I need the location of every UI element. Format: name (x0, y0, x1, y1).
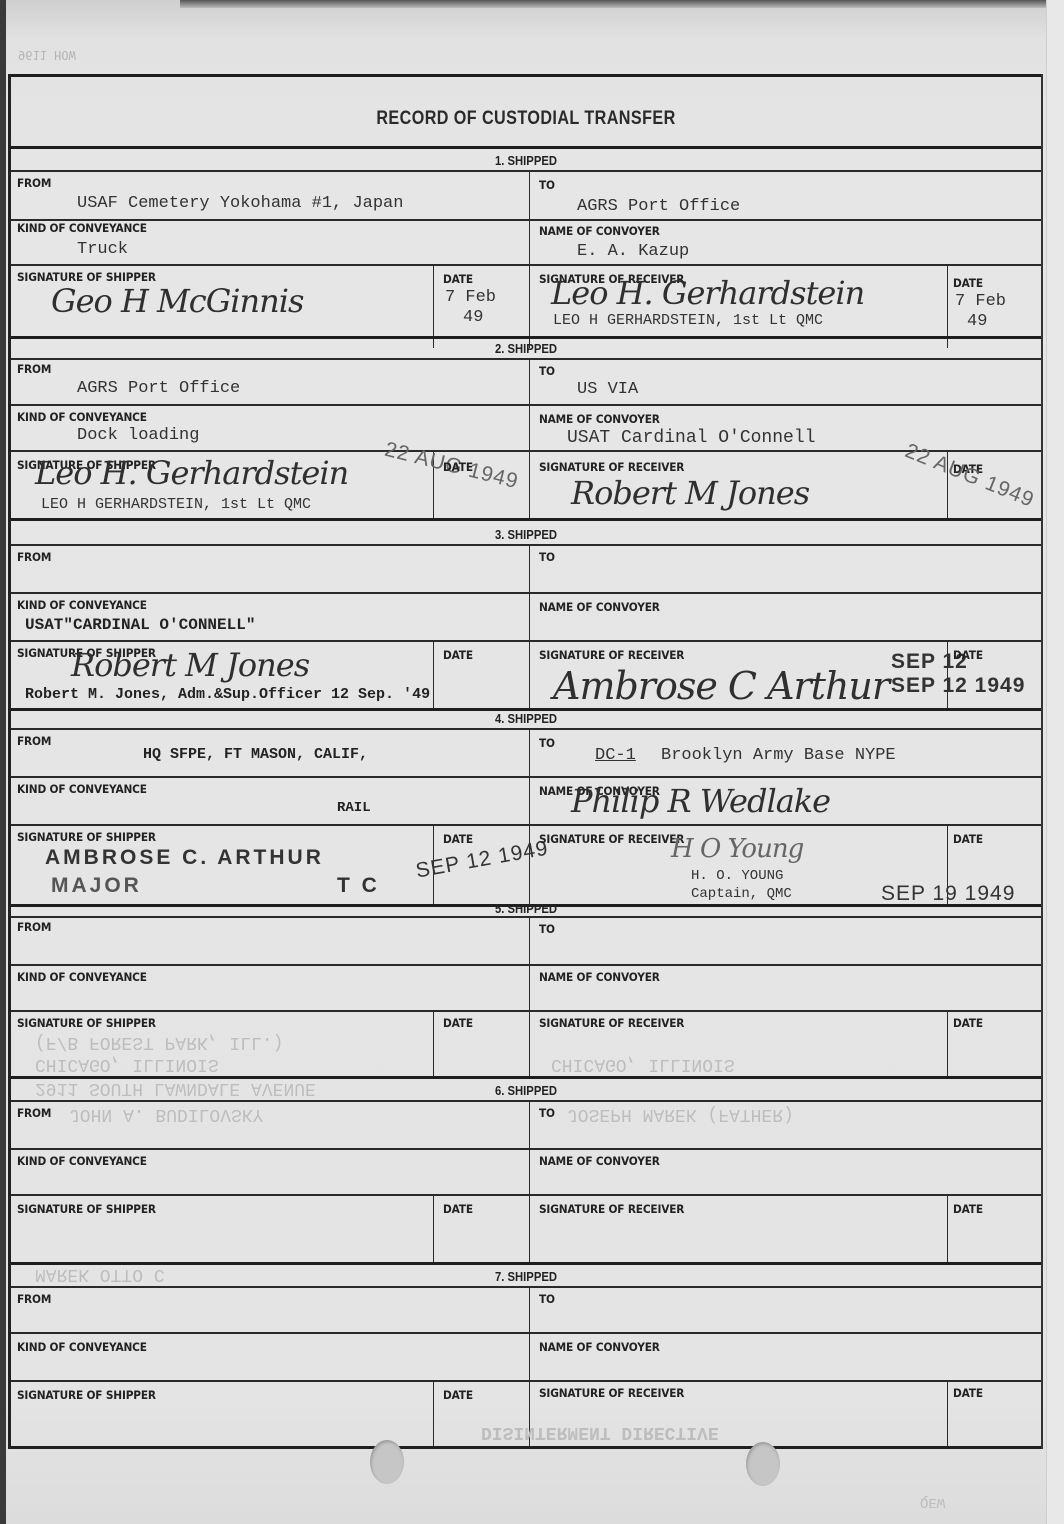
label-signature-of-shipper: SIGNATURE OF SHIPPER (17, 1016, 156, 1030)
divider (433, 1010, 434, 1076)
label-to: TO (539, 922, 555, 936)
divider (433, 1194, 434, 1262)
section-3-heading: 3. SHIPPED (63, 528, 990, 542)
bleed-through-text: CHICAGO, ILLINOIS (35, 1054, 219, 1074)
divider (11, 146, 1041, 149)
label-date: DATE (953, 832, 983, 846)
section-2-heading: 2. SHIPPED (63, 342, 990, 356)
divider (433, 640, 434, 708)
divider (11, 1010, 1041, 1012)
section-3-shipper-signature: Robert M Jones (71, 646, 309, 684)
bleed-through-text: JOHN A. BUDILOVSKY (69, 1104, 263, 1124)
footer-mark: QEW (920, 1494, 945, 1510)
section-1-receiver-date-year: 49 (967, 312, 987, 331)
section-4-receiver-printed-name: H. O. YOUNG (691, 868, 783, 884)
label-kind-of-conveyance: KIND OF CONVEYANCE (17, 970, 147, 984)
section-2-shipper-signature: Leo H. Gerhardstein (35, 454, 348, 492)
label-to: TO (539, 550, 555, 564)
section-1-shipper-signature: Geo H McGinnis (51, 282, 303, 320)
label-date: DATE (443, 272, 473, 286)
label-to: TO (539, 736, 555, 750)
label-kind-of-conveyance: KIND OF CONVEYANCE (17, 221, 147, 235)
bleed-through-text: CHICAGO, ILLINOIS (551, 1054, 735, 1074)
section-4-shipper-printed-name: AMBROSE C. ARTHUR (45, 846, 324, 870)
divider (11, 1262, 1041, 1265)
label-from: FROM (17, 920, 51, 934)
divider (11, 264, 1041, 266)
document-page: 9611 HOW RECORD OF CUSTODIAL TRANSFER 1.… (0, 0, 1064, 1524)
section-1-from-value: USAF Cemetery Yokohama #1, Japan (77, 194, 403, 213)
label-to: TO (539, 364, 555, 378)
label-kind-of-conveyance: KIND OF CONVEYANCE (17, 598, 147, 612)
section-2-shipper-printed: LEO H GERHARDSTEIN, 1st Lt QMC (41, 496, 311, 513)
divider (11, 592, 1041, 594)
section-2-conveyance-value: Dock loading (77, 426, 199, 445)
label-date: DATE (953, 276, 983, 290)
divider (11, 358, 1041, 360)
divider (11, 1100, 1041, 1102)
label-name-of-convoyer: NAME OF CONVOYER (539, 600, 660, 614)
top-fold-shadow (180, 0, 1064, 8)
label-date: DATE (443, 460, 473, 474)
label-name-of-convoyer: NAME OF CONVOYER (539, 412, 660, 426)
label-signature-of-receiver: SIGNATURE OF RECEIVER (539, 832, 684, 846)
form-title: RECORD OF CUSTODIAL TRANSFER (88, 108, 964, 130)
section-4-convoyer-signature: Philip R Wedlake (571, 782, 830, 820)
section-6-heading: 6. SHIPPED (63, 1084, 990, 1098)
section-4-to-prefix: DC-1 (595, 746, 636, 765)
section-1-conveyance-value: Truck (77, 240, 128, 259)
divider (11, 916, 1041, 918)
divider (11, 1194, 1041, 1196)
section-2-from-value: AGRS Port Office (77, 379, 240, 398)
divider (11, 518, 1041, 521)
section-1-receiver-signature: Leo H. Gerhardstein (551, 274, 864, 312)
label-name-of-convoyer: NAME OF CONVOYER (539, 970, 660, 984)
section-2-convoyer-value: USAT Cardinal O'Connell (567, 428, 815, 448)
label-kind-of-conveyance: KIND OF CONVEYANCE (17, 1154, 147, 1168)
label-to: TO (539, 1106, 555, 1120)
divider (529, 358, 530, 518)
label-signature-of-receiver: SIGNATURE OF RECEIVER (539, 1386, 684, 1400)
divider (11, 708, 1041, 711)
label-date: DATE (953, 1202, 983, 1216)
page-right-margin (1046, 0, 1064, 1524)
divider (11, 1286, 1041, 1288)
label-from: FROM (17, 362, 51, 376)
label-date: DATE (443, 1016, 473, 1030)
divider (11, 1332, 1041, 1334)
divider (433, 1380, 434, 1446)
label-from: FROM (17, 1292, 51, 1306)
label-signature-of-shipper: SIGNATURE OF SHIPPER (17, 830, 156, 844)
section-3-conveyance-value: USAT"CARDINAL O'CONNELL" (25, 616, 255, 634)
section-3-shipper-printed: Robert M. Jones, Adm.&Sup.Officer 12 Sep… (25, 686, 430, 703)
page-edge-shadow (0, 0, 6, 1524)
divider (11, 824, 1041, 826)
label-kind-of-conveyance: KIND OF CONVEYANCE (17, 782, 147, 796)
bleed-through-text: (F/B FOREST PARK, ILL.) (35, 1032, 283, 1052)
divider (11, 640, 1041, 642)
section-7-heading: 7. SHIPPED (63, 1270, 990, 1284)
section-1-shipper-date: 7 Feb (445, 288, 496, 307)
divider (11, 74, 1041, 77)
label-signature-of-receiver: SIGNATURE OF RECEIVER (539, 648, 684, 662)
label-name-of-convoyer: NAME OF CONVOYER (539, 1154, 660, 1168)
divider (529, 1100, 530, 1262)
divider (11, 404, 1041, 406)
label-signature-of-receiver: SIGNATURE OF RECEIVER (539, 1202, 684, 1216)
label-from: FROM (17, 1106, 51, 1120)
section-5-heading: 5. SHIPPED (63, 902, 990, 916)
section-1-to-value: AGRS Port Office (577, 197, 740, 216)
section-4-heading: 4. SHIPPED (63, 712, 990, 726)
divider (947, 1194, 948, 1262)
divider (11, 450, 1041, 452)
form-number-bleed: 9611 HOW (18, 48, 76, 62)
divider (11, 544, 1041, 546)
label-signature-of-receiver: SIGNATURE OF RECEIVER (539, 460, 684, 474)
label-to: TO (539, 178, 555, 192)
label-signature-of-shipper: SIGNATURE OF SHIPPER (17, 1388, 156, 1402)
divider (947, 1010, 948, 1076)
label-date: DATE (443, 1202, 473, 1216)
divider (11, 336, 1041, 339)
section-2-receiver-signature: Robert M Jones (571, 474, 809, 512)
section-4-conveyance-value: RAIL (337, 800, 371, 816)
divider (11, 776, 1041, 778)
label-signature-of-shipper: SIGNATURE OF SHIPPER (17, 1202, 156, 1216)
label-from: FROM (17, 734, 51, 748)
divider (11, 1380, 1041, 1382)
custodial-transfer-form: RECORD OF CUSTODIAL TRANSFER 1. SHIPPED … (8, 74, 1043, 1449)
divider (529, 916, 530, 1076)
divider (11, 728, 1041, 730)
punch-hole (746, 1442, 780, 1486)
label-date: DATE (953, 1386, 983, 1400)
divider (529, 544, 530, 708)
label-date: DATE (443, 648, 473, 662)
label-to: TO (539, 1292, 555, 1306)
divider (529, 170, 530, 348)
label-name-of-convoyer: NAME OF CONVOYER (539, 1340, 660, 1354)
section-1-receiver-printed: LEO H GERHARDSTEIN, 1st Lt QMC (553, 312, 823, 329)
bleed-through-text: JOSEPH MAREK (FATHER) (567, 1104, 794, 1124)
label-date: DATE (443, 832, 473, 846)
divider (11, 964, 1041, 966)
divider (11, 170, 1041, 172)
divider (11, 1446, 1041, 1449)
label-from: FROM (17, 176, 51, 190)
bleed-through-text: DISINTERMENT DIRECTIVE (481, 1422, 719, 1442)
divider (529, 728, 530, 904)
label-from: FROM (17, 550, 51, 564)
label-name-of-convoyer: NAME OF CONVOYER (539, 224, 660, 238)
divider (11, 1148, 1041, 1150)
section-1-receiver-date: 7 Feb (955, 292, 1006, 311)
divider (11, 219, 1041, 221)
section-4-to-value: Brooklyn Army Base NYPE (661, 746, 896, 765)
label-signature-of-receiver: SIGNATURE OF RECEIVER (539, 1016, 684, 1030)
section-2-to-value: US VIA (577, 380, 638, 399)
section-4-receiver-printed-rank: Captain, QMC (691, 886, 792, 902)
section-1-convoyer-value: E. A. Kazup (577, 242, 689, 261)
label-date: DATE (953, 648, 983, 662)
section-1-heading: 1. SHIPPED (63, 154, 990, 168)
label-kind-of-conveyance: KIND OF CONVEYANCE (17, 1340, 147, 1354)
section-4-shipper-branch: T C (337, 874, 380, 898)
section-4-from-value: HQ SFPE, FT MASON, CALIF, (143, 746, 368, 763)
section-4-shipper-printed-rank: MAJOR (51, 874, 142, 898)
section-4-receiver-signature: H O Young (671, 834, 803, 864)
divider (947, 1380, 948, 1446)
section-1-shipper-date-year: 49 (463, 308, 483, 327)
label-kind-of-conveyance: KIND OF CONVEYANCE (17, 410, 147, 424)
punch-hole (370, 1440, 404, 1484)
label-date: DATE (953, 1016, 983, 1030)
section-3-receiver-signature: Ambrose C Arthur (553, 664, 889, 708)
label-date: DATE (443, 1388, 473, 1402)
section-3-receiver-stamp-2: SEP 12 1949 (891, 674, 1025, 698)
